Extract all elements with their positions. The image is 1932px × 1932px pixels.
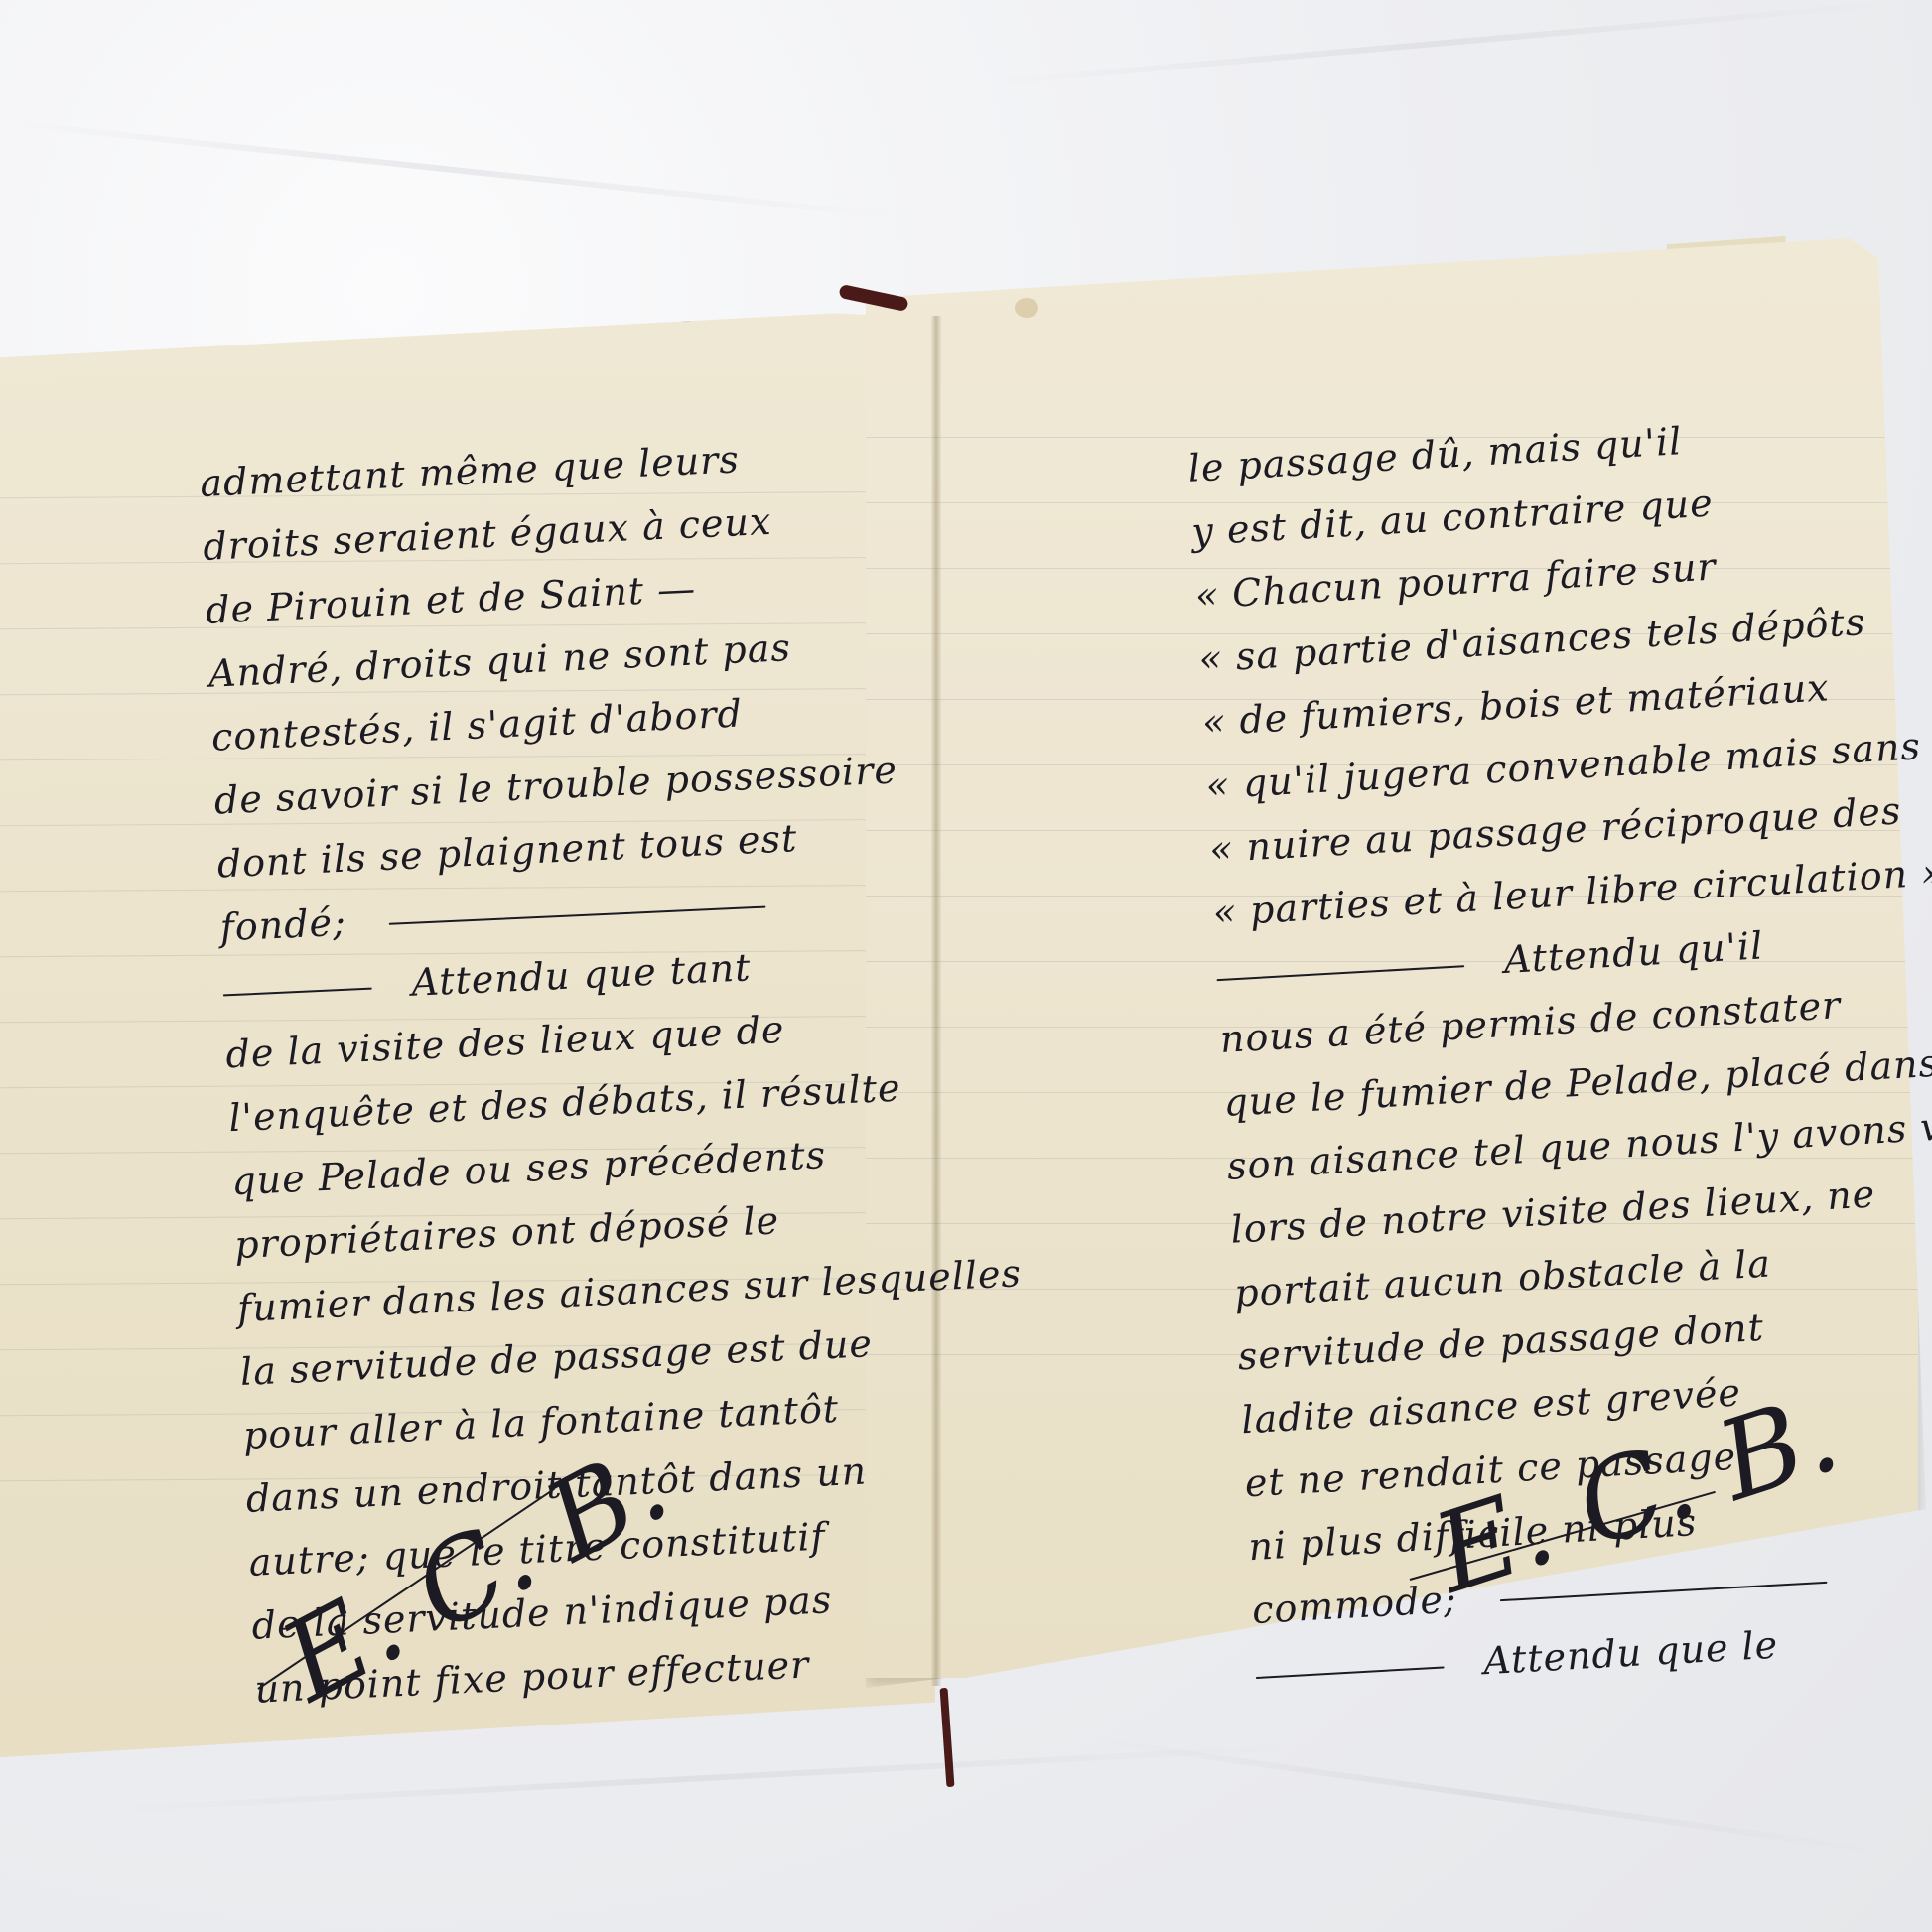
line-filler-flourish — [223, 987, 372, 996]
open-booklet: admettant même que leurs droits seraient… — [0, 0, 1932, 1932]
line-filler-flourish — [389, 905, 766, 924]
line-filler-flourish — [1217, 965, 1465, 981]
text-line-content: commode; — [1251, 1578, 1458, 1632]
binding-thread-bottom — [940, 1688, 955, 1787]
paper-stain — [675, 304, 697, 322]
text-line-content: fondé; — [219, 900, 347, 950]
text-line-content: Attendu que le — [1482, 1623, 1779, 1684]
text-line-content: Attendu qu'il — [1503, 923, 1765, 982]
paper-stain — [1015, 298, 1038, 318]
text-line-content: Attendu que tant — [410, 945, 752, 1004]
line-filler-flourish — [1256, 1666, 1445, 1679]
